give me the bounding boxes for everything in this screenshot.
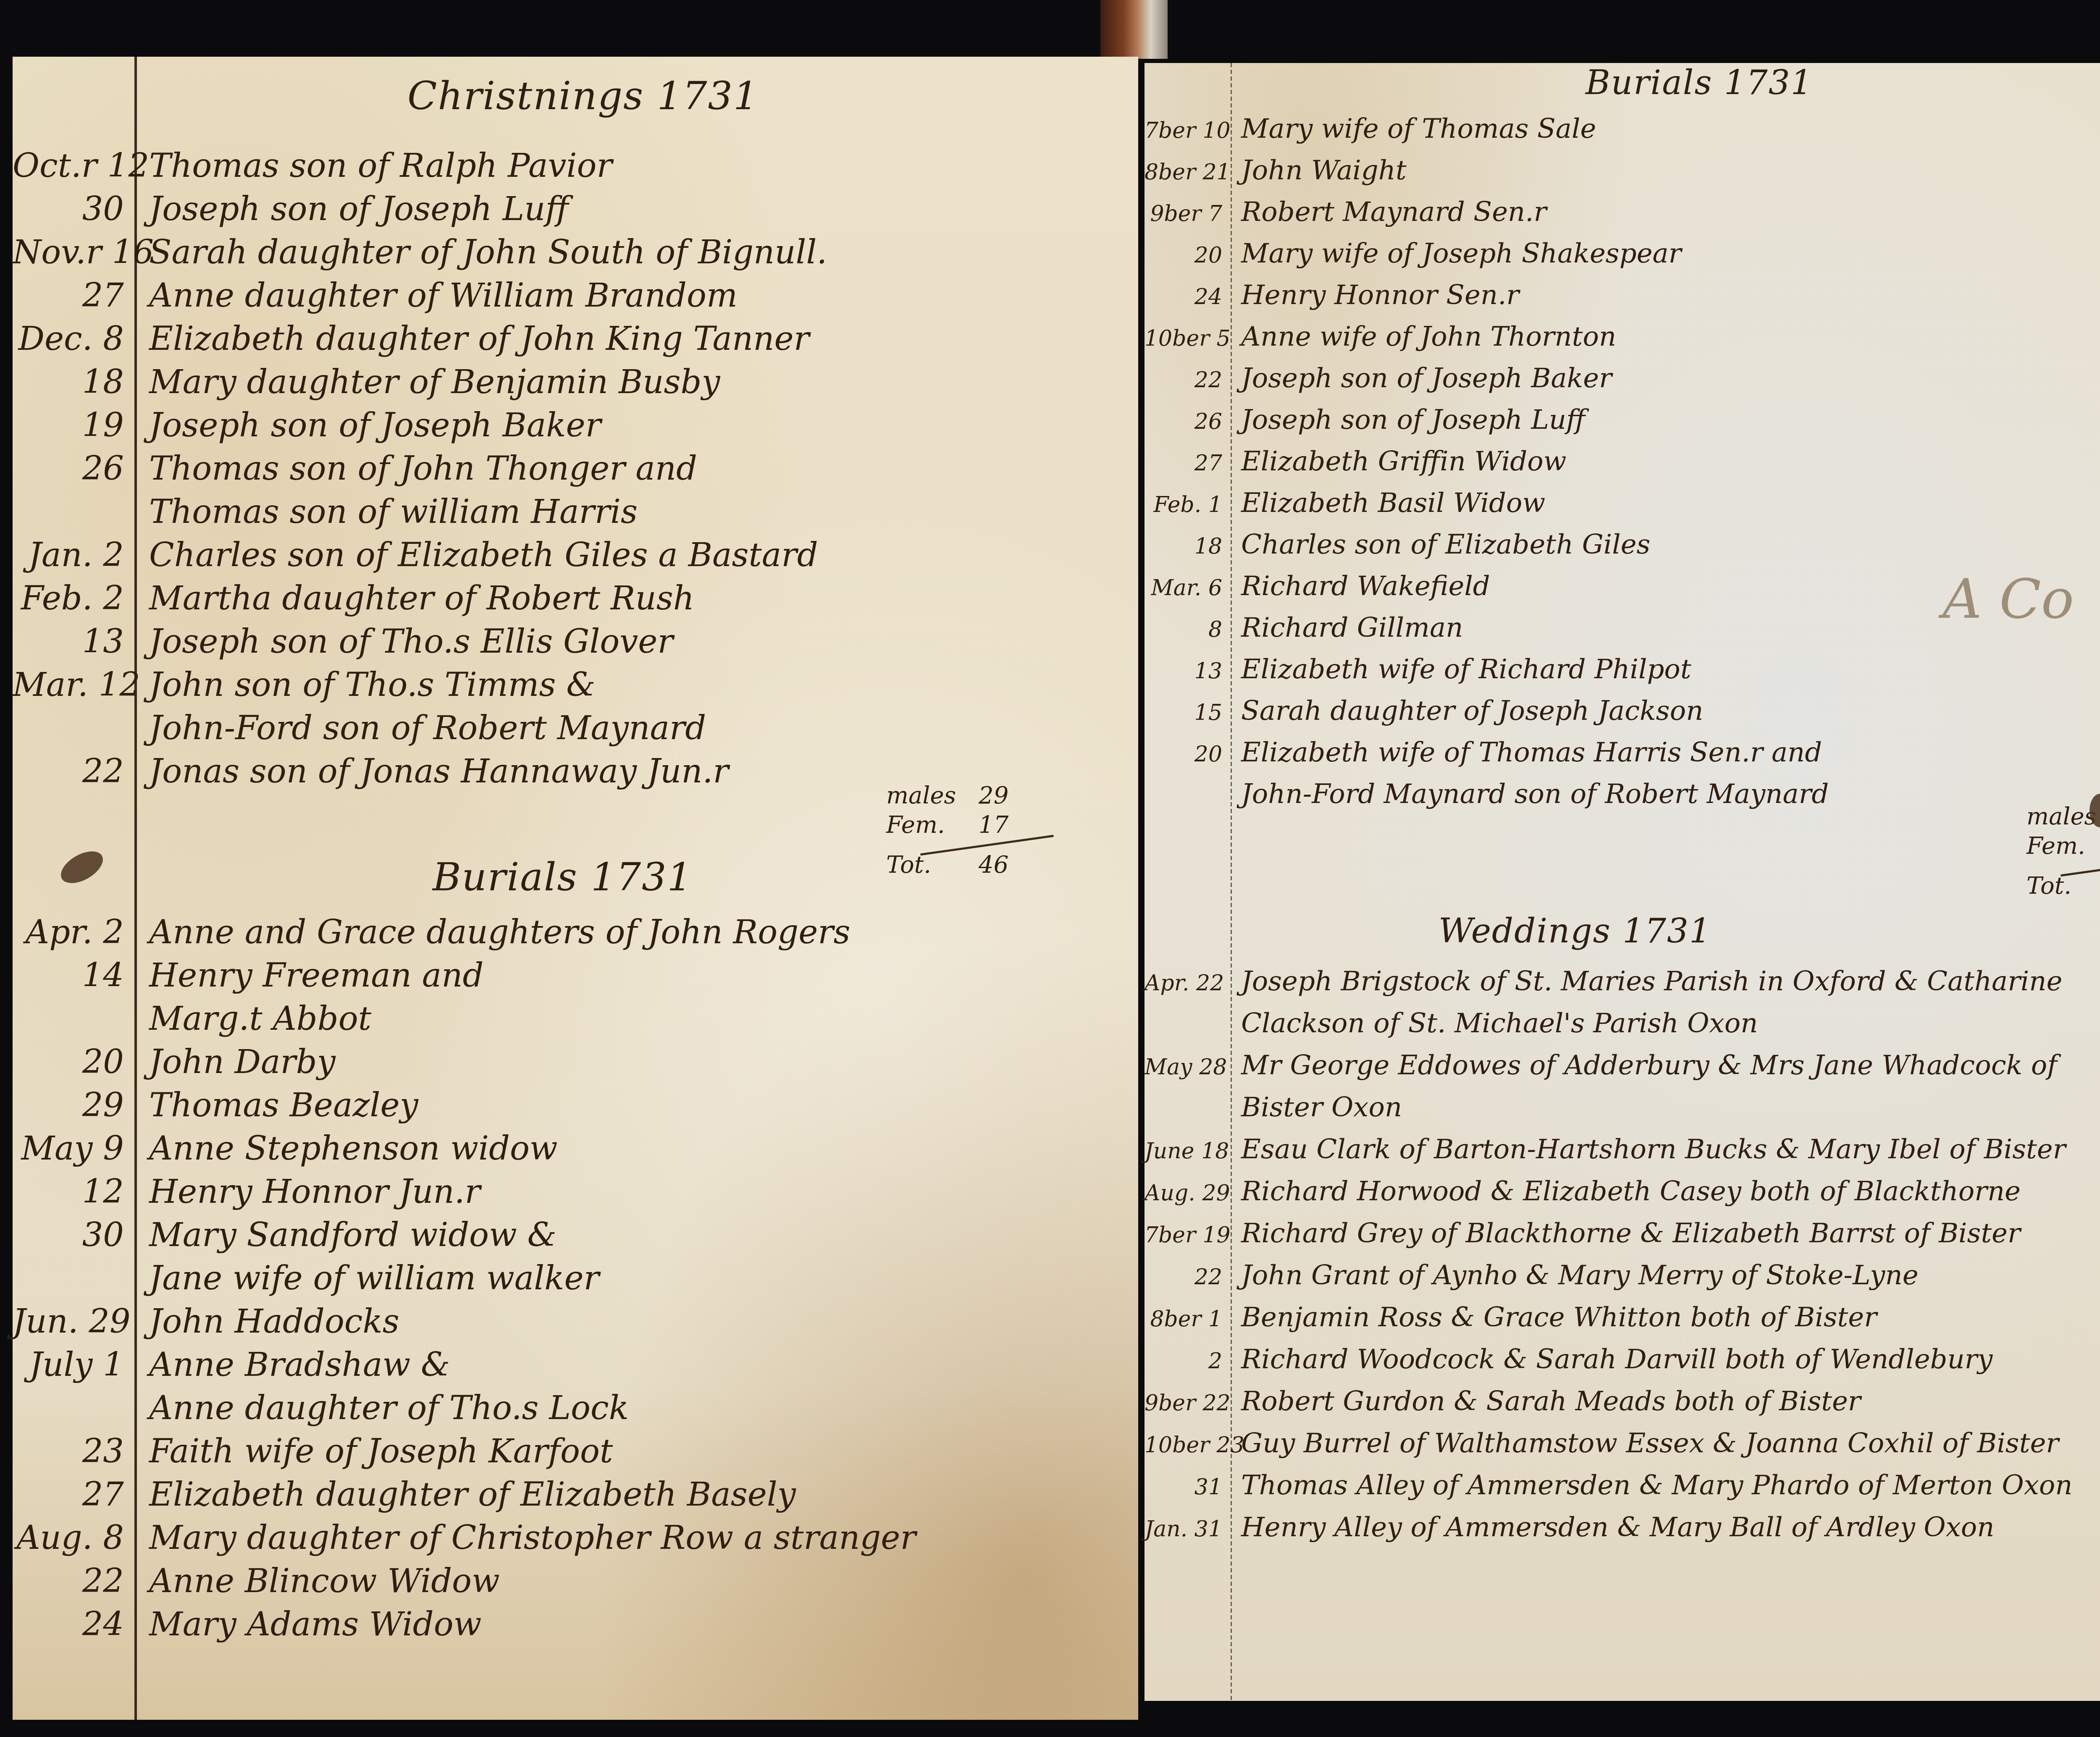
entry-date: Feb. 2 xyxy=(13,580,124,617)
register-entry: 18Charles son of Elizabeth Giles xyxy=(1144,529,1650,569)
register-entry: Feb. 1Elizabeth Basil Widow xyxy=(1144,488,1545,528)
entry-date: 18 xyxy=(1144,534,1222,559)
entry-text: Richard Grey of Blackthorne & Elizabeth … xyxy=(1241,1218,2021,1249)
register-entry: July 1Anne Bradshaw & xyxy=(13,1346,450,1392)
entry-date: 2 xyxy=(1144,1349,1222,1374)
register-entry: 24Henry Honnor Sen.r xyxy=(1144,280,1519,320)
entry-text: Thomas Beazley xyxy=(149,1086,418,1124)
register-entry: Bister Oxon xyxy=(1144,1092,1402,1132)
register-entry: John-Ford Maynard son of Robert Maynard xyxy=(1144,779,1829,819)
entry-date: 9ber 22 xyxy=(1144,1391,1222,1416)
entry-date: 8 xyxy=(1144,617,1222,642)
register-entry: 9ber 7Robert Maynard Sen.r xyxy=(1144,197,1546,237)
entry-text: Jonas son of Jonas Hannaway Jun.r xyxy=(149,753,729,790)
entry-text: John Haddocks xyxy=(149,1303,399,1341)
tally-females-label: Fem. xyxy=(886,811,962,840)
entry-text: Jane wife of william walker xyxy=(149,1259,599,1297)
entry-date: 30 xyxy=(13,190,124,228)
register-entry: Mar. 12John son of Tho.s Timms & xyxy=(13,666,596,712)
entry-text: Marg.t Abbot xyxy=(149,1000,371,1038)
entry-text: Charles son of Elizabeth Giles a Bastard xyxy=(149,536,818,574)
register-entry: 7ber 19Richard Grey of Blackthorne & Eli… xyxy=(1144,1218,2021,1258)
register-entry: Dec. 8Elizabeth daughter of John King Ta… xyxy=(13,320,809,366)
entry-text: Mr George Eddowes of Adderbury & Mrs Jan… xyxy=(1241,1050,2057,1081)
entry-text: Henry Honnor Sen.r xyxy=(1241,280,1519,311)
entry-text: Thomas son of John Thonger and xyxy=(149,450,697,488)
entry-date: 20 xyxy=(1144,243,1222,268)
entry-text: Richard Gillman xyxy=(1241,612,1463,643)
register-entry: Apr. 2Anne and Grace daughters of John R… xyxy=(13,913,850,960)
entry-text: Joseph Brigstock of St. Maries Parish in… xyxy=(1241,966,2062,997)
entry-date: 23 xyxy=(13,1433,124,1470)
entry-text: John-Ford son of Robert Maynard xyxy=(149,709,706,747)
entry-text: Elizabeth daughter of Elizabeth Basely xyxy=(149,1476,796,1514)
entry-date: June 18 xyxy=(1144,1139,1222,1164)
entry-date: Jan. 2 xyxy=(13,536,124,574)
entry-date: 9ber 7 xyxy=(1144,201,1222,226)
entry-text: Guy Burrel of Walthamstow Essex & Joanna… xyxy=(1241,1428,2059,1459)
entry-date: 31 xyxy=(1144,1475,1222,1500)
entry-date: Oct.r 12 xyxy=(13,147,124,185)
entry-text: Mary wife of Joseph Shakespear xyxy=(1241,238,1681,269)
entry-text: Thomas son of william Harris xyxy=(149,493,638,531)
entry-text: John Grant of Aynho & Mary Merry of Stok… xyxy=(1241,1260,1919,1291)
burials-heading: Burials 1731 xyxy=(433,855,693,900)
pencil-annotation: A Co xyxy=(1942,567,2074,631)
entry-text: Joseph son of Joseph Baker xyxy=(1241,363,1612,394)
entry-date: Jan. 31 xyxy=(1144,1517,1222,1542)
register-entry: May 28Mr George Eddowes of Adderbury & M… xyxy=(1144,1050,2057,1090)
entry-date: 8ber 21 xyxy=(1144,160,1222,185)
entry-text: Mary daughter of Christopher Row a stran… xyxy=(149,1519,916,1557)
register-entry: 14Henry Freeman and xyxy=(13,957,483,1003)
entry-text: Benjamin Ross & Grace Whitton both of Bi… xyxy=(1241,1302,1877,1333)
entry-date: 7ber 10 xyxy=(1144,118,1222,143)
entry-text: Elizabeth Basil Widow xyxy=(1241,488,1545,519)
entry-text: John Waight xyxy=(1241,155,1407,186)
register-entry: Jan. 2Charles son of Elizabeth Giles a B… xyxy=(13,536,818,582)
entry-date: Apr. 22 xyxy=(1144,971,1222,996)
entry-date: Nov.r 16 xyxy=(13,234,124,271)
entry-text: Sarah daughter of Joseph Jackson xyxy=(1241,695,1703,727)
entry-text: Sarah daughter of John South of Bignull. xyxy=(149,234,827,271)
entry-date: 27 xyxy=(13,277,124,315)
entry-date: 26 xyxy=(1144,409,1222,434)
entry-date: Aug. 29 xyxy=(1144,1181,1222,1206)
entry-date: 22 xyxy=(13,1562,124,1600)
entry-text: Mary daughter of Benjamin Busby xyxy=(149,363,720,401)
entry-text: Robert Gurdon & Sarah Meads both of Bist… xyxy=(1241,1386,1861,1417)
entry-text: Joseph son of Joseph Baker xyxy=(149,407,601,444)
entry-date: 22 xyxy=(1144,1265,1222,1290)
register-entry: 27Elizabeth Griffin Widow xyxy=(1144,446,1567,486)
register-entry: May 9Anne Stephenson widow xyxy=(13,1130,558,1176)
register-entry: Clackson of St. Michael's Parish Oxon xyxy=(1144,1008,1758,1048)
entry-text: Richard Wakefield xyxy=(1241,571,1490,602)
register-entry: Oct.r 12Thomas son of Ralph Pavior xyxy=(13,147,612,193)
entry-text: Richard Woodcock & Sarah Darvill both of… xyxy=(1241,1344,1992,1375)
entry-text: Anne Stephenson widow xyxy=(149,1130,558,1168)
register-entry: 18Mary daughter of Benjamin Busby xyxy=(13,363,720,409)
register-entry: 15Sarah daughter of Joseph Jackson xyxy=(1144,695,1703,736)
register-entry: John-Ford son of Robert Maynard xyxy=(13,709,706,756)
register-entry: 26Thomas son of John Thonger and xyxy=(13,450,697,496)
entry-text: Joseph son of Joseph Luff xyxy=(1241,404,1585,436)
entry-text: Mary wife of Thomas Sale xyxy=(1241,113,1596,144)
burials-tally: males14 Fem.21 Tot.35 xyxy=(2026,802,2100,901)
christenings-tally: males29 Fem.17 Tot.46 xyxy=(886,781,1054,880)
entry-date: 15 xyxy=(1144,700,1222,725)
entry-text: Mary Adams Widow xyxy=(149,1606,481,1643)
entry-text: Richard Horwood & Elizabeth Casey both o… xyxy=(1241,1176,2021,1207)
entry-text: Faith wife of Joseph Karfoot xyxy=(149,1433,613,1470)
entry-date: 8ber 1 xyxy=(1144,1307,1222,1332)
register-entry: 2Richard Woodcock & Sarah Darvill both o… xyxy=(1144,1344,1992,1384)
right-page: 2 Burials 1731 7ber 10Mary wife of Thoma… xyxy=(1144,63,2100,1701)
entry-date: Mar. 6 xyxy=(1144,575,1222,601)
entry-text: Elizabeth wife of Richard Philpot xyxy=(1241,654,1691,685)
entry-date: 30 xyxy=(13,1216,124,1254)
register-entry: 12Henry Honnor Jun.r xyxy=(13,1173,480,1219)
register-entry: 22Jonas son of Jonas Hannaway Jun.r xyxy=(13,753,729,799)
christenings-heading: Christnings 1731 xyxy=(407,73,759,118)
entry-date: Dec. 8 xyxy=(13,320,124,358)
register-entry: 30Mary Sandford widow & xyxy=(13,1216,556,1262)
entry-date: 14 xyxy=(13,957,124,994)
entry-date: 20 xyxy=(13,1043,124,1081)
entry-date: 24 xyxy=(13,1606,124,1643)
entry-text: Elizabeth wife of Thomas Harris Sen.r an… xyxy=(1241,737,1822,768)
register-entry: 10ber 5Anne wife of John Thornton xyxy=(1144,321,1616,362)
entry-date: 10ber 23 xyxy=(1144,1433,1222,1458)
entry-text: Esau Clark of Barton-Hartshorn Bucks & M… xyxy=(1241,1134,2066,1165)
entry-date: July 1 xyxy=(13,1346,124,1384)
entry-date: Mar. 12 xyxy=(13,666,124,704)
register-entry: 22John Grant of Aynho & Mary Merry of St… xyxy=(1144,1260,1919,1300)
entry-text: Anne daughter of Tho.s Lock xyxy=(149,1389,629,1427)
register-entry: 27Elizabeth daughter of Elizabeth Basely xyxy=(13,1476,796,1522)
entry-text: Thomas son of Ralph Pavior xyxy=(149,147,612,185)
tally-total-value: 46 xyxy=(979,850,1008,880)
register-entry: 20Elizabeth wife of Thomas Harris Sen.r … xyxy=(1144,737,1822,777)
register-entry: Marg.t Abbot xyxy=(13,1000,371,1046)
register-entry: Nov.r 16Sarah daughter of John South of … xyxy=(13,234,827,280)
entry-text: Robert Maynard Sen.r xyxy=(1241,197,1546,228)
register-entry: Aug. 29Richard Horwood & Elizabeth Casey… xyxy=(1144,1176,2021,1216)
entry-date: Aug. 8 xyxy=(13,1519,124,1557)
entry-date: 27 xyxy=(13,1476,124,1514)
ink-blot xyxy=(55,845,108,890)
entry-date: May 9 xyxy=(13,1130,124,1168)
register-entry: 8ber 1Benjamin Ross & Grace Whitton both… xyxy=(1144,1302,1877,1342)
entry-date: Feb. 1 xyxy=(1144,492,1222,517)
tally-males-label: males xyxy=(2026,802,2100,832)
entry-date: 7ber 19 xyxy=(1144,1223,1222,1248)
entry-text: Anne daughter of William Brandom xyxy=(149,277,738,315)
register-entry: 20Mary wife of Joseph Shakespear xyxy=(1144,238,1681,278)
entry-date: 22 xyxy=(13,753,124,790)
register-entry: 22Anne Blincow Widow xyxy=(13,1562,500,1608)
entry-date: Jun. 29 xyxy=(13,1303,124,1341)
entry-text: Anne wife of John Thornton xyxy=(1241,321,1616,352)
left-page: Christnings 1731 Oct.r 12Thomas son of R… xyxy=(13,57,1138,1720)
bookmark-ribbon xyxy=(1100,0,1168,59)
register-entry: 8Richard Gillman xyxy=(1144,612,1463,653)
register-entry: 24Mary Adams Widow xyxy=(13,1606,481,1652)
entry-text: Thomas Alley of Ammersden & Mary Phardo … xyxy=(1241,1470,2073,1501)
entry-date: 10ber 5 xyxy=(1144,326,1222,351)
entry-text: John-Ford Maynard son of Robert Maynard xyxy=(1241,779,1829,810)
entry-text: Bister Oxon xyxy=(1241,1092,1402,1123)
entry-date: 13 xyxy=(1144,659,1222,684)
entry-text: Anne Blincow Widow xyxy=(149,1562,500,1600)
entry-text: Joseph son of Tho.s Ellis Glover xyxy=(149,623,673,661)
register-entry: 30Joseph son of Joseph Luff xyxy=(13,190,569,236)
register-entry: 10ber 23Guy Burrel of Walthamstow Essex … xyxy=(1144,1428,2059,1468)
entry-text: Clackson of St. Michael's Parish Oxon xyxy=(1241,1008,1758,1039)
entry-text: Elizabeth daughter of John King Tanner xyxy=(149,320,809,358)
register-entry: Jun. 29John Haddocks xyxy=(13,1303,399,1349)
register-entry: 13Elizabeth wife of Richard Philpot xyxy=(1144,654,1691,694)
entry-date: 22 xyxy=(1144,367,1222,393)
entry-date: 27 xyxy=(1144,451,1222,476)
entry-date: 12 xyxy=(13,1173,124,1211)
register-entry: Mar. 6Richard Wakefield xyxy=(1144,571,1490,611)
register-entry: Thomas son of william Harris xyxy=(13,493,638,539)
entry-text: Charles son of Elizabeth Giles xyxy=(1241,529,1650,560)
register-entry: 19Joseph son of Joseph Baker xyxy=(13,407,601,453)
register-entry: Jane wife of william walker xyxy=(13,1259,599,1306)
entry-date: 20 xyxy=(1144,742,1222,767)
entry-text: John son of Tho.s Timms & xyxy=(149,666,596,704)
entry-date: 24 xyxy=(1144,284,1222,310)
register-entry: 23Faith wife of Joseph Karfoot xyxy=(13,1433,613,1479)
register-entry: 9ber 22Robert Gurdon & Sarah Meads both … xyxy=(1144,1386,1861,1426)
entry-date: May 28 xyxy=(1144,1055,1222,1080)
register-entry: Aug. 8Mary daughter of Christopher Row a… xyxy=(13,1519,916,1565)
entry-date: 18 xyxy=(13,363,124,401)
register-entry: Jan. 31Henry Alley of Ammersden & Mary B… xyxy=(1144,1512,1994,1552)
weddings-heading: Weddings 1731 xyxy=(1438,911,1711,950)
register-entry: 27Anne daughter of William Brandom xyxy=(13,277,738,323)
entry-text: Henry Freeman and xyxy=(149,957,483,994)
register-entry: Feb. 2Martha daughter of Robert Rush xyxy=(13,580,694,626)
entry-date: 13 xyxy=(13,623,124,661)
register-entry: Anne daughter of Tho.s Lock xyxy=(13,1389,629,1435)
entry-text: Henry Honnor Jun.r xyxy=(149,1173,480,1211)
entry-date: 29 xyxy=(13,1086,124,1124)
entry-text: Elizabeth Griffin Widow xyxy=(1241,446,1567,477)
register-entry: 8ber 21John Waight xyxy=(1144,155,1407,195)
tally-females-label: Fem. xyxy=(2026,832,2100,861)
entry-text: Joseph son of Joseph Luff xyxy=(149,190,569,228)
register-entry: 7ber 10Mary wife of Thomas Sale xyxy=(1144,113,1596,154)
entry-date: 19 xyxy=(13,407,124,444)
register-entry: 26Joseph son of Joseph Luff xyxy=(1144,404,1585,445)
register-entry: 29Thomas Beazley xyxy=(13,1086,418,1133)
entry-date: Apr. 2 xyxy=(13,913,124,951)
register-entry: Apr. 22Joseph Brigstock of St. Maries Pa… xyxy=(1144,966,2062,1006)
burials-continued-heading: Burials 1731 xyxy=(1585,63,1813,102)
register-entry: 22Joseph son of Joseph Baker xyxy=(1144,363,1612,403)
tally-males-label: males xyxy=(886,781,962,811)
register-entry: June 18Esau Clark of Barton-Hartshorn Bu… xyxy=(1144,1134,2066,1174)
entry-text: John Darby xyxy=(149,1043,336,1081)
entry-text: Henry Alley of Ammersden & Mary Ball of … xyxy=(1241,1512,1994,1543)
register-entry: 31Thomas Alley of Ammersden & Mary Phard… xyxy=(1144,1470,2073,1510)
tally-males-value: 29 xyxy=(979,781,1008,811)
tally-females-value: 17 xyxy=(979,811,1008,840)
entry-text: Mary Sandford widow & xyxy=(149,1216,556,1254)
register-entry: 13Joseph son of Tho.s Ellis Glover xyxy=(13,623,673,669)
register-entry: 20John Darby xyxy=(13,1043,336,1089)
entry-date: 26 xyxy=(13,450,124,488)
entry-text: Anne and Grace daughters of John Rogers xyxy=(149,913,850,951)
entry-text: Martha daughter of Robert Rush xyxy=(149,580,694,617)
entry-text: Anne Bradshaw & xyxy=(149,1346,450,1384)
